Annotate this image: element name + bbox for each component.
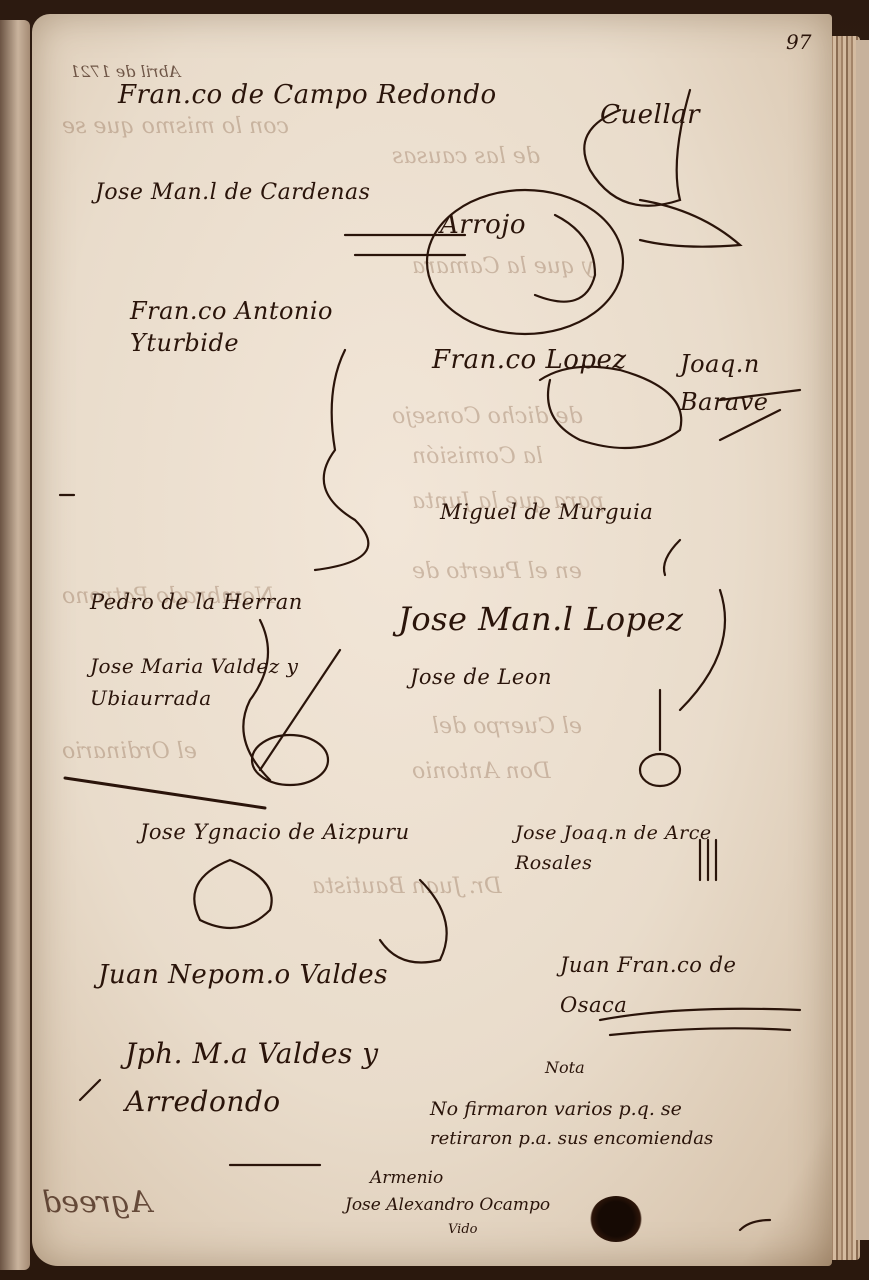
signature-rubrics	[0, 0, 869, 1280]
